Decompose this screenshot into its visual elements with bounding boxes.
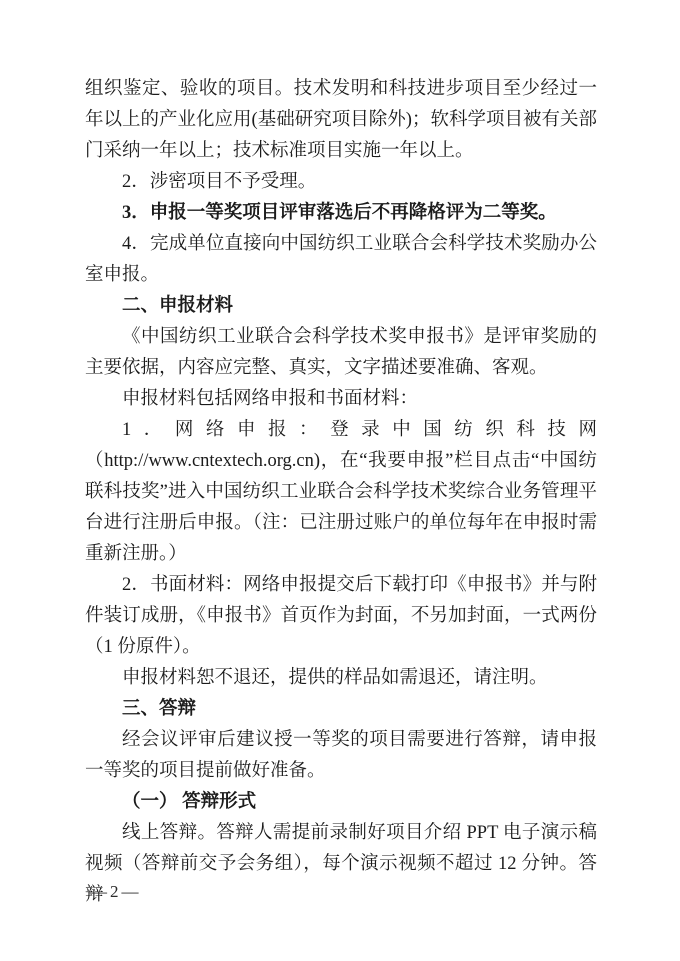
paragraph-direct-application: 4．完成单位直接向中国纺织工业联合会科学技术奖励办公室申报。 — [85, 229, 597, 291]
section-heading-defense: 三、答辩 — [85, 694, 597, 725]
paragraph-written-materials: 2．书面材料：网络申报提交后下载打印《申报书》并与附件装订成册，《申报书》首页作… — [85, 570, 597, 663]
paragraph-online-application: 1．网络申报：登录中国纺织科技网（http://www.cntextech.or… — [85, 415, 597, 570]
document-page: 组织鉴定、验收的项目。技术发明和科技进步项目至少经过一年以上的产业化应用(基础研… — [0, 0, 680, 961]
paragraph-materials-include: 申报材料包括网络申报和书面材料： — [85, 384, 597, 415]
paragraph-first-prize-rule: 3．申报一等奖项目评审落选后不再降格评为二等奖。 — [85, 198, 597, 229]
page-number: —2— — [90, 882, 142, 902]
paragraph-classified-projects: 2．涉密项目不予受理。 — [85, 167, 597, 198]
subsection-heading-defense-format: （一） 答辩形式 — [85, 787, 597, 818]
paragraph-application-form-basis: 《中国纺织工业联合会科学技术奖申报书》是评审奖励的主要依据，内容应完整、真实，文… — [85, 322, 597, 384]
paragraph-materials-no-return: 申报材料恕不退还，提供的样品如需退还，请注明。 — [85, 663, 597, 694]
paragraph-project-eligibility: 组织鉴定、验收的项目。技术发明和科技进步项目至少经过一年以上的产业化应用(基础研… — [85, 74, 597, 167]
paragraph-defense-requirement: 经会议评审后建议授一等奖的项目需要进行答辩，请申报一等奖的项目提前做好准备。 — [85, 725, 597, 787]
section-heading-application-materials: 二、申报材料 — [85, 291, 597, 322]
paragraph-online-defense: 线上答辩。答辩人需提前录制好项目介绍 PPT 电子演示稿视频（答辩前交予会务组）… — [85, 818, 597, 911]
document-body: 组织鉴定、验收的项目。技术发明和科技进步项目至少经过一年以上的产业化应用(基础研… — [85, 74, 597, 911]
